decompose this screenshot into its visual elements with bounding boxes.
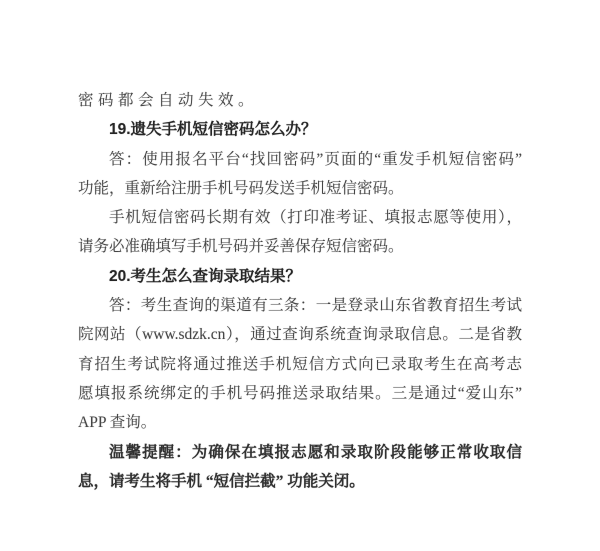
text-line: 答：使用报名平台“找回密码”页面的“重发手机短信密码”	[78, 145, 522, 174]
question-20-heading: 20.考生怎么查询录取结果？	[78, 262, 522, 291]
heading-line: 19.遗失手机短信密码怎么办？	[78, 115, 522, 144]
sms-password-validity-note: 手机短信密码长期有效（打印准考证、填报志愿等使用）， 请务必准确填写手机号码并妥…	[78, 203, 522, 262]
text-line: 息，请考生将手机 “短信拦截” 功能关闭。	[78, 467, 522, 496]
heading-line: 20.考生怎么查询录取结果？	[78, 262, 522, 291]
text-line: 答：考生查询的渠道有三条：一是登录山东省教育招生考试	[78, 291, 522, 320]
text-line: 温馨提醒：为确保在填报志愿和录取阶段能够正常收取信	[78, 438, 522, 467]
text-line: APP 查询。	[78, 408, 522, 437]
trailing-paragraph: 密码都会自动失效。	[78, 86, 522, 115]
question-19-heading: 19.遗失手机短信密码怎么办？	[78, 115, 522, 144]
text-line: 功能，重新给注册手机号码发送手机短信密码。	[78, 174, 522, 203]
question-20-answer: 答：考生查询的渠道有三条：一是登录山东省教育招生考试 院网站（www.sdzk.…	[78, 291, 522, 437]
text-line: 手机短信密码长期有效（打印准考证、填报志愿等使用），	[78, 203, 522, 232]
text-line: 请务必准确填写手机号码并妥善保存短信密码。	[78, 232, 522, 261]
warm-reminder-paragraph: 温馨提醒：为确保在填报志愿和录取阶段能够正常收取信 息，请考生将手机 “短信拦截…	[78, 438, 522, 497]
text-line: 密码都会自动失效。	[78, 86, 522, 115]
document-text-block: 密码都会自动失效。 19.遗失手机短信密码怎么办？ 答：使用报名平台“找回密码”…	[78, 86, 522, 496]
text-line: 愿填报系统绑定的手机号码推送录取结果。三是通过“爱山东”	[78, 379, 522, 408]
document-page: 密码都会自动失效。 19.遗失手机短信密码怎么办？ 答：使用报名平台“找回密码”…	[0, 0, 600, 551]
text-line: 育招生考试院将通过推送手机短信方式向已录取考生在高考志	[78, 350, 522, 379]
question-19-answer: 答：使用报名平台“找回密码”页面的“重发手机短信密码” 功能，重新给注册手机号码…	[78, 145, 522, 204]
text-line: 院网站（www.sdzk.cn），通过查询系统查询录取信息。二是省教	[78, 320, 522, 349]
